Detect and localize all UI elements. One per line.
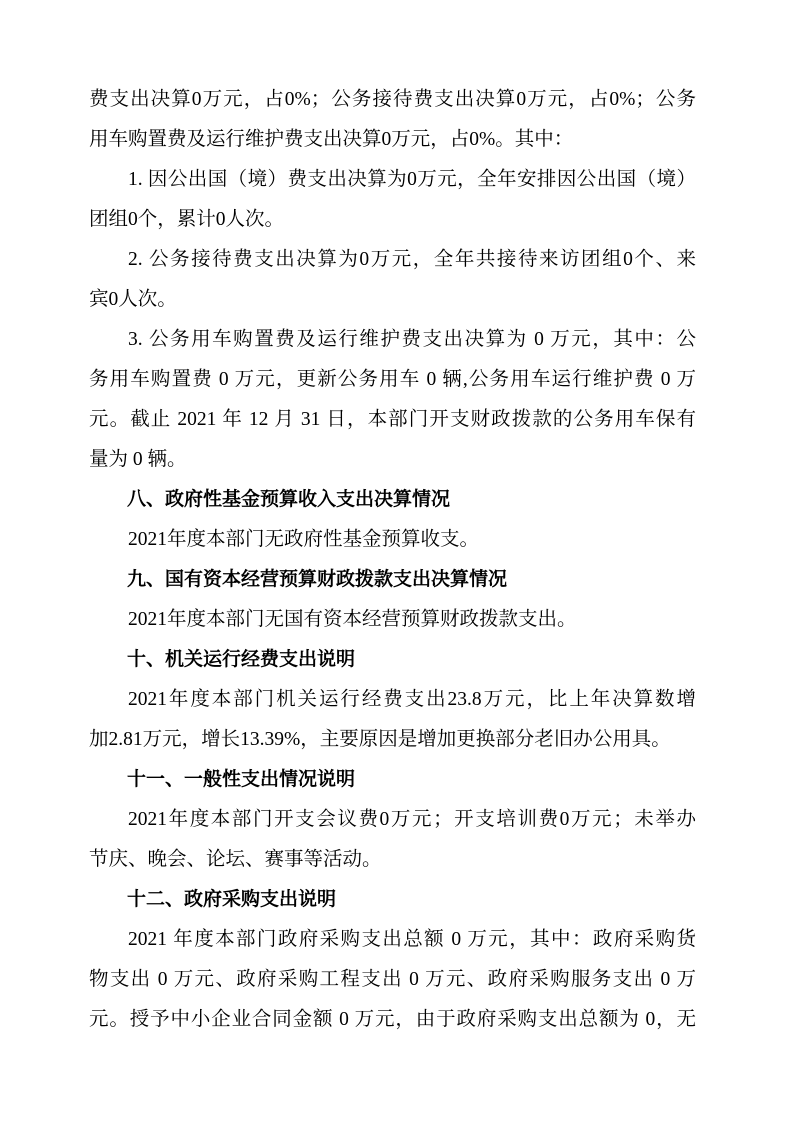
paragraph-item-3-official-vehicles: 3. 公务用车购置费及运行维护费支出决算为 0 万元，其中：公 务用车购置费 0… [89, 320, 696, 480]
text-line: 费支出决算0万元，占0%；公务接待费支出决算0万元，占0%；公务 [89, 80, 696, 120]
paragraph-section-11-body: 2021年度本部门开支会议费0万元；开支培训费0万元；未举办 节庆、晚会、论坛、… [89, 800, 696, 880]
text-line: 2021年度本部门无国有资本经营预算财政拨款支出。 [89, 600, 696, 640]
heading-section-8: 八、政府性基金预算收入支出决算情况 [89, 480, 696, 520]
text-line: 团组0个，累计0人次。 [89, 200, 696, 240]
section-8: 八、政府性基金预算收入支出决算情况 [89, 480, 696, 520]
paragraph-section-10-body: 2021年度本部门机关运行经费支出23.8万元，比上年决算数增 加2.81万元，… [89, 680, 696, 760]
text-line: 加2.81万元，增长13.39%，主要原因是增加更换部分老旧办公用具。 [89, 720, 696, 760]
paragraph-item-2-official-reception: 2. 公务接待费支出决算为0万元，全年共接待来访团组0个、来 宾0人次。 [89, 240, 696, 320]
text-line: 1. 因公出国（境）费支出决算为0万元，全年安排因公出国（境） [89, 160, 696, 200]
paragraph-three-public-funds-summary: 费支出决算0万元，占0%；公务接待费支出决算0万元，占0%；公务 用车购置费及运… [89, 80, 696, 160]
text-line: 2021年度本部门机关运行经费支出23.8万元，比上年决算数增 [89, 680, 696, 720]
heading-section-9: 九、国有资本经营预算财政拨款支出决算情况 [89, 560, 696, 600]
text-line: 3. 公务用车购置费及运行维护费支出决算为 0 万元，其中：公 [89, 320, 696, 360]
text-line: 2021年度本部门无政府性基金预算收支。 [89, 520, 696, 560]
paragraph-section-12-body: 2021 年度本部门政府采购支出总额 0 万元，其中：政府采购货 物支出 0 万… [89, 920, 696, 1040]
paragraph-section-8-body: 2021年度本部门无政府性基金预算收支。 [89, 520, 696, 560]
text-line: 务用车购置费 0 万元，更新公务用车 0 辆,公务用车运行维护费 0 万 [89, 360, 696, 400]
section-12: 十二、政府采购支出说明 [89, 880, 696, 920]
heading-section-12: 十二、政府采购支出说明 [89, 880, 696, 920]
text-line: 元。截止 2021 年 12 月 31 日，本部门开支财政拨款的公务用车保有 [89, 400, 696, 440]
heading-section-10: 十、机关运行经费支出说明 [89, 640, 696, 680]
text-line: 元。授予中小企业合同金额 0 万元，由于政府采购支出总额为 0，无 [89, 1000, 696, 1040]
section-10: 十、机关运行经费支出说明 [89, 640, 696, 680]
heading-section-11: 十一、一般性支出情况说明 [89, 760, 696, 800]
text-line: 用车购置费及运行维护费支出决算0万元，占0%。其中： [89, 120, 696, 160]
paragraph-section-9-body: 2021年度本部门无国有资本经营预算财政拨款支出。 [89, 600, 696, 640]
text-line: 2021年度本部门开支会议费0万元；开支培训费0万元；未举办 [89, 800, 696, 840]
text-line: 宾0人次。 [89, 280, 696, 320]
text-line: 物支出 0 万元、政府采购工程支出 0 万元、政府采购服务支出 0 万 [89, 960, 696, 1000]
document-page: 费支出决算0万元，占0%；公务接待费支出决算0万元，占0%；公务 用车购置费及运… [0, 0, 793, 1122]
section-11: 十一、一般性支出情况说明 [89, 760, 696, 800]
text-line: 2. 公务接待费支出决算为0万元，全年共接待来访团组0个、来 [89, 240, 696, 280]
text-line: 2021 年度本部门政府采购支出总额 0 万元，其中：政府采购货 [89, 920, 696, 960]
paragraph-item-1-overseas-trips: 1. 因公出国（境）费支出决算为0万元，全年安排因公出国（境） 团组0个，累计0… [89, 160, 696, 240]
text-line: 节庆、晚会、论坛、赛事等活动。 [89, 840, 696, 880]
section-9: 九、国有资本经营预算财政拨款支出决算情况 [89, 560, 696, 600]
text-line: 量为 0 辆。 [89, 440, 696, 480]
